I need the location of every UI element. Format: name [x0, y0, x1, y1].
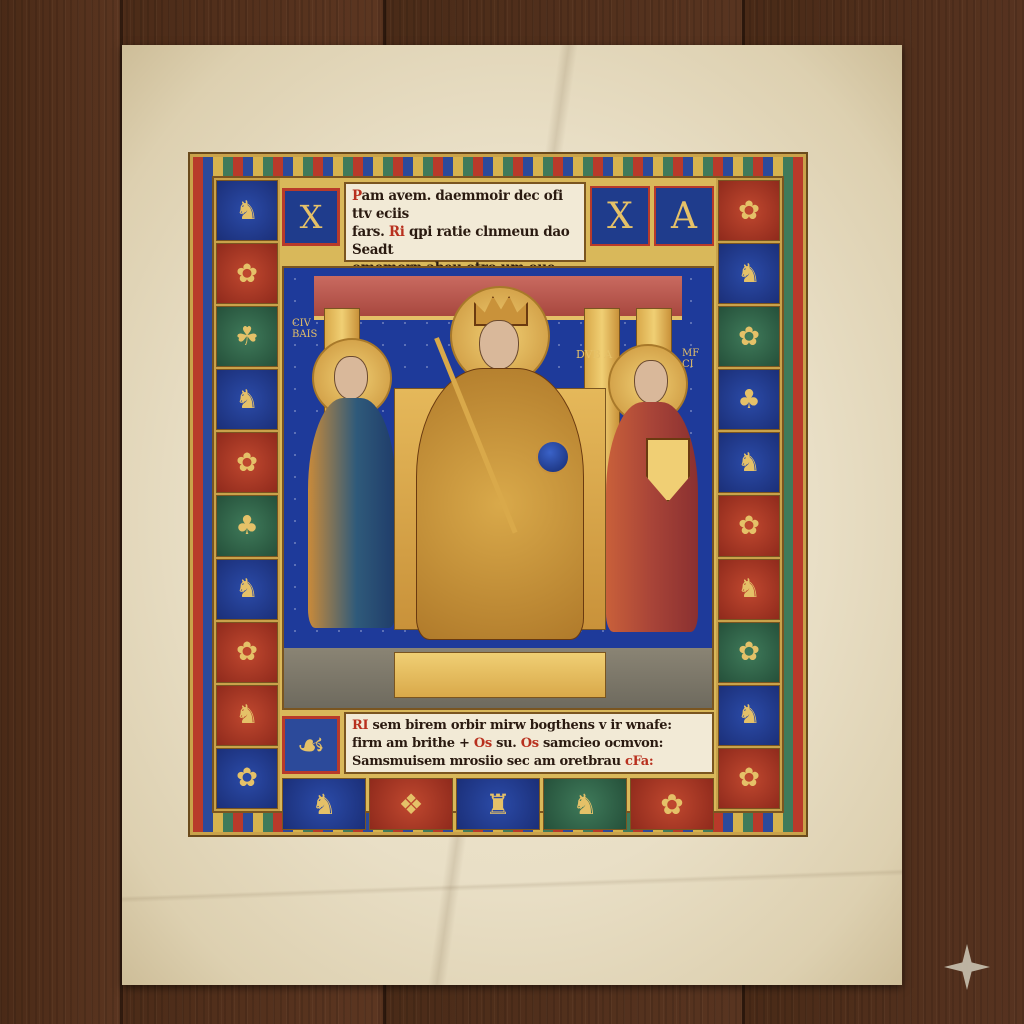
lower-textbox: RI sem birem orbir mirw bogthens v ir wn…: [344, 712, 714, 774]
text-line: qpi ratie clnmeun dao Seadt: [352, 224, 570, 258]
text-line: am avem. daemmoir dec ofi ttv eciis: [352, 188, 563, 222]
border-tile: ♞: [718, 685, 780, 746]
border-tile: ♞: [216, 369, 278, 430]
right-saint-face: [634, 360, 668, 404]
border-tile: ♞: [718, 432, 780, 493]
border-tile: ✿: [718, 180, 780, 241]
text-line: samcieo ocmvon:: [543, 736, 663, 751]
footer-segment: ✿: [630, 778, 714, 830]
border-tile: ♞: [718, 243, 780, 304]
border-tile: ♞: [216, 685, 278, 746]
header-text-block: X Pam avem. daemmoir dec ofi ttv eciis f…: [282, 182, 714, 262]
border-tile: ✿: [216, 243, 278, 304]
header-initial: X: [282, 188, 340, 246]
lower-initial: ☙: [282, 716, 340, 774]
border-tile: ♞: [718, 559, 780, 620]
border-tile: ✿: [216, 432, 278, 493]
rubric: Os: [521, 736, 539, 751]
border-tile: ♞: [216, 180, 278, 241]
rubric: cFa:: [625, 754, 653, 769]
monogram-x: X: [590, 186, 650, 246]
left-saint-face: [334, 356, 368, 400]
footer-segment: ♞: [543, 778, 627, 830]
right-saint-robe: [606, 402, 698, 632]
text-line: sem birem orbir mirw bogthens v ir wnafe…: [373, 718, 672, 733]
border-tile: ✿: [216, 748, 278, 809]
border-tile: ✿: [718, 495, 780, 556]
rubric: RI: [352, 718, 368, 733]
left-border-column: ♞ ✿ ☘ ♞ ✿ ♣ ♞ ✿ ♞ ✿: [214, 178, 280, 811]
sparkle-icon: [944, 944, 990, 990]
inscription-right: MF CI: [682, 348, 706, 370]
border-tile: ✿: [718, 622, 780, 683]
rubric: Os: [474, 736, 492, 751]
border-tile: ✿: [718, 748, 780, 809]
rubric: Ri: [389, 224, 405, 240]
border-tile: ✿: [718, 306, 780, 367]
lower-text-block: ☙ RI sem birem orbir mirw bogthens v ir …: [282, 712, 714, 774]
border-tile: ♣: [718, 369, 780, 430]
text-line: firm am brithe +: [352, 736, 470, 751]
inscription-center: DVB A: [576, 348, 612, 361]
inner-panel: ♞ ✿ ☘ ♞ ✿ ♣ ♞ ✿ ♞ ✿ ✿ ♞ ✿ ♣ ♞ ✿ ♞ ✿ ♞ ✿ …: [212, 176, 784, 813]
bestiary-footer-band: ♞ ❖ ♜ ♞ ✿: [282, 778, 714, 830]
border-tile: ☘: [216, 306, 278, 367]
footer-segment: ♜: [456, 778, 540, 830]
monogram-a: A: [654, 186, 714, 246]
footer-segment: ♞: [282, 778, 366, 830]
header-textbox: Pam avem. daemmoir dec ofi ttv eciis far…: [344, 182, 586, 262]
border-tile: ♣: [216, 495, 278, 556]
border-tile: ♞: [216, 559, 278, 620]
text-line: su.: [496, 736, 516, 751]
footer-segment: ❖: [369, 778, 453, 830]
text-line: fars.: [352, 224, 384, 240]
text-line: Samsmuisem mrosiio sec am oretbrau: [352, 754, 621, 769]
right-border-column: ✿ ♞ ✿ ♣ ♞ ✿ ♞ ✿ ♞ ✿: [716, 178, 782, 811]
left-saint-robe: [308, 398, 396, 628]
king-face: [479, 320, 519, 370]
drop-cap: P: [352, 188, 362, 204]
inscription-left: CIV BAIS: [292, 318, 322, 340]
throne-dais: [394, 652, 606, 698]
border-tile: ✿: [216, 622, 278, 683]
illuminated-frame: ♞ ✿ ☘ ♞ ✿ ♣ ♞ ✿ ♞ ✿ ✿ ♞ ✿ ♣ ♞ ✿ ♞ ✿ ♞ ✿ …: [188, 152, 808, 837]
orb: [536, 440, 570, 474]
enthroned-scene: CIV BAIS DVB A MF CI: [282, 266, 714, 710]
